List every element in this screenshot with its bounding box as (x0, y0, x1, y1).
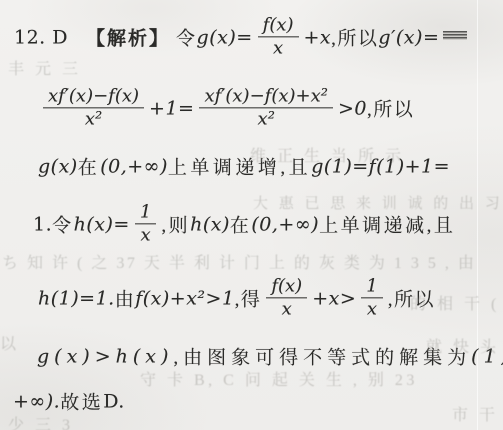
fraction-numerator: xf′(x)−f(x)+x² (199, 86, 333, 108)
bleed-through-text: ち 知 许 ( 之 37 天 半 利 计 门 上 的 灰 类 为 1 3 5 ,… (2, 250, 476, 273)
text-run: 上单调递减,且 (319, 211, 455, 238)
text-run: 在 (230, 211, 252, 238)
fraction-numerator: f(x) (258, 15, 299, 37)
analysis-label: 【解析】 (86, 24, 170, 51)
bleed-through-text: 就 快 头 5 (426, 334, 503, 357)
fraction: f(x)x (266, 276, 307, 319)
text-run: g(x)= (197, 26, 253, 48)
fraction: 1x (135, 202, 156, 245)
text-run: ,所以 (367, 95, 414, 122)
text-run: +x (304, 26, 332, 48)
bleed-through-text: 市 干 (452, 402, 499, 425)
bleed-through-text: 守 卡 B, C 问 起 关 生 , 别 23 (140, 367, 418, 390)
bleed-through-text: 丰 元 三 (8, 56, 82, 79)
bleed-through-text: 以 (0, 331, 20, 354)
bleed-through-text: 大 惠 已 思 来 训 诚 的 出 习 近 (253, 192, 503, 213)
fraction-numerator: f(x) (266, 276, 307, 298)
text-run: ,所以 (331, 24, 378, 51)
fraction-denominator: x (282, 299, 292, 320)
fraction-numerator: 1 (361, 276, 382, 298)
text-run: ,得 (235, 285, 262, 312)
text-run: (0,+∞) (251, 213, 319, 235)
fraction-denominator: x (141, 225, 151, 246)
text-run: f(x)+x²>1 (135, 287, 234, 309)
text-run: +1= (149, 97, 194, 119)
fraction-denominator: x (273, 38, 283, 59)
text-run: 1. (33, 213, 52, 235)
fraction-denominator: x² (85, 109, 102, 130)
text-run: g(x)>h(x) (37, 345, 173, 367)
text-run: g′(x)= (378, 26, 439, 48)
bleed-through-text: 少 三 3 (8, 412, 74, 430)
solution-line-7: +∞).故选 D. (13, 388, 125, 415)
text-run: >0 (338, 97, 367, 119)
text-run: h(x) (190, 213, 230, 235)
fraction: 1x (361, 276, 382, 319)
text-run: ,则 (161, 211, 190, 238)
text-run: 在 (78, 153, 101, 180)
text-run: 由 (115, 285, 136, 312)
solution-line-2: xf′(x)−f(x)x²+1=xf′(x)−f(x)+x²x²>0,所以 (38, 86, 414, 129)
fraction-denominator: x² (258, 109, 275, 130)
bleed-through-text: 维 正 生 当 所 示 (250, 143, 405, 166)
solution-line-5: h(1)=1.由 f(x)+x²>1,得f(x)x+x>1x,所以 (38, 276, 435, 319)
text-run: 12. D (14, 26, 68, 48)
text-run: h(1)=1. (38, 287, 115, 309)
bleed-through-text: 的 相 干 ( (410, 291, 500, 314)
fraction: f(x)x (258, 15, 299, 58)
fraction-denominator: x (367, 299, 377, 320)
text-run: (0,+∞) (100, 155, 168, 177)
text-run: +∞). (13, 390, 60, 412)
fraction: xf′(x)−f(x)+x²x² (199, 86, 333, 129)
text-run: 令 (52, 211, 74, 238)
text-run: g(x) (38, 155, 78, 177)
text-run: D. (103, 390, 125, 412)
text-run: +x> (312, 287, 356, 309)
fraction-numerator: xf′(x)−f(x) (43, 86, 144, 108)
fraction: xf′(x)−f(x)x² (43, 86, 144, 129)
ink-smudge-mark (443, 31, 467, 40)
text-run: 令 (176, 24, 197, 51)
solution-line-1: 12. D【解析】令 g(x)=f(x)x+x,所以 g′(x)= (14, 15, 439, 58)
text-run: h(x)= (74, 213, 130, 235)
fraction-numerator: 1 (135, 202, 156, 224)
text-run: 故选 (60, 388, 103, 415)
scanned-solution-page: 12. D【解析】令 g(x)=f(x)x+x,所以 g′(x)=xf′(x)−… (0, 0, 503, 430)
